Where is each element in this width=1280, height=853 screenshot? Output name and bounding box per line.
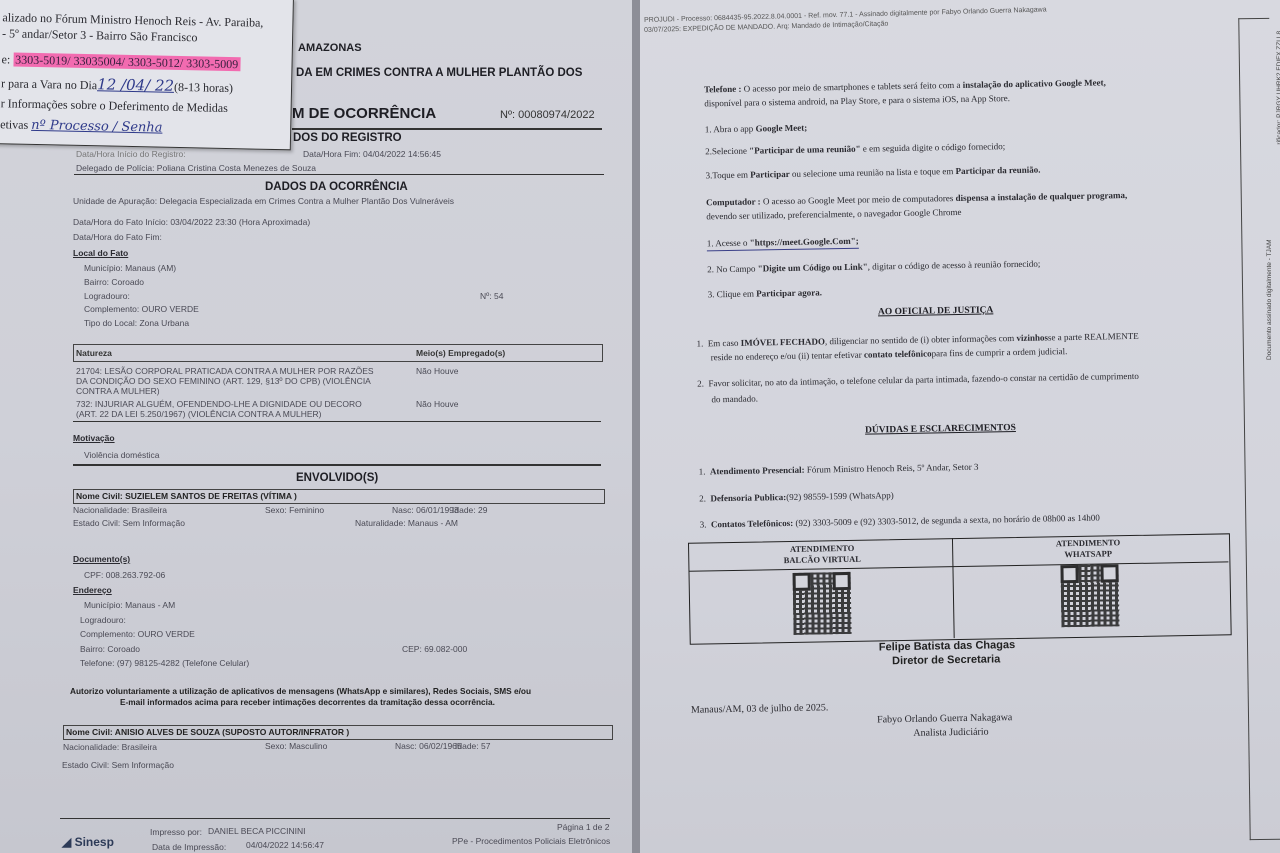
natureza-line: (ART. 22 DA LEI 5.250/1967) (VIOLÊNCIA C… (76, 409, 362, 419)
endereco-logradouro: Logradouro: (80, 615, 126, 625)
header-unit: DA EM CRIMES CONTRA A MULHER PLANTÃO DOS (296, 67, 582, 79)
autor-estado-civil: Estado Civil: Sem Informação (62, 760, 174, 770)
autorizo-line-1: Autorizo voluntariamente a utilização de… (70, 686, 531, 696)
police-report-page: AMAZONAS DA EM CRIMES CONTRA A MULHER PL… (0, 0, 632, 853)
local-complemento: Complemento: OURO VERDE (84, 304, 199, 314)
telefone-step-3: 3.Toque em Participar ou selecione uma r… (705, 165, 1040, 181)
qr-header-balcao: ATENDIMENTO BALCÃO VIRTUAL (772, 543, 872, 567)
vitima-cpf: CPF: 008.263.792-06 (84, 570, 165, 580)
bold-text: contato telefônico (864, 348, 932, 359)
vitima-naturalidade: Naturalidade: Manaus - AM (355, 518, 458, 528)
note-line-5: r Informações sobre o Deferimento de Med… (1, 96, 229, 116)
fato-fim: Data/Hora do Fato Fim: (73, 232, 162, 242)
document-title: M DE OCORRÊNCIA (292, 105, 436, 122)
duvidas-title: DÚVIDAS E ESCLARECIMENTOS (865, 423, 1016, 436)
autor-sexo: Sexo: Masculino (265, 741, 327, 751)
local-fato-title: Local do Fato (73, 248, 128, 258)
note-handwritten-text: nº Processo / Senha (31, 118, 163, 136)
note-phones-label: e: (1, 52, 10, 66)
natureza-header: Natureza (76, 348, 112, 358)
text: Em caso (708, 338, 741, 349)
envolvidos-title: ENVOLVIDO(S) (296, 472, 378, 484)
registro-fim: Data/Hora Fim: 04/04/2022 14:56:45 (303, 149, 441, 159)
qr-header-line: BALCÃO VIRTUAL (772, 554, 872, 567)
endereco-title: Endereço (73, 585, 112, 595)
report-number: Nº: 00080974/2022 (500, 109, 595, 121)
header-state: AMAZONAS (298, 42, 362, 54)
oficial-item-2-line-2: do mandado. (711, 394, 758, 405)
step-bold: "Participar de uma reunião" (749, 144, 861, 156)
endereco-bairro: Bairro: Coroado (80, 644, 140, 654)
divider (292, 128, 602, 130)
autor-nacionalidade: Nacionalidade: Brasileira (63, 742, 157, 752)
qr-header-whatsapp: ATENDIMENTO WHATSAPP (1038, 537, 1138, 561)
computador-paragraph-line-1: Computador : O acesso ao Google Meet por… (706, 190, 1127, 207)
registro-inicio: Data/Hora Início do Registro: (76, 149, 186, 159)
report-number-value: 00080974/2022 (518, 109, 594, 121)
bold-text: Defensoria Publica: (710, 492, 786, 503)
oficial-item-1-line-1: 1. Em caso IMÓVEL FECHADO, diligenciar n… (696, 331, 1138, 349)
sinesp-logo: ◢ Sinesp (62, 835, 114, 849)
sticky-note: alizado no Fórum Ministro Henoch Reis - … (0, 0, 294, 150)
sinesp-logo-icon: ◢ (62, 835, 71, 849)
motivacao-value: Violência doméstica (84, 450, 159, 460)
note-line-6: etivas nº Processo / Senha (0, 117, 163, 135)
bold-text: Atendimento Presencial: (710, 465, 805, 477)
ocorrencia-title: DADOS DA OCORRÊNCIA (265, 181, 408, 193)
endereco-cep: CEP: 69.082-000 (402, 644, 467, 654)
local-numero: Nº: 54 (480, 291, 503, 301)
natureza-header-box (73, 344, 603, 362)
step-prefix: 1. Acesse o (707, 238, 750, 249)
qr-table (688, 533, 1232, 644)
stamp-text-1: Documento assinado digitalmente - TJAM (1266, 239, 1273, 360)
fato-inicio: Data/Hora do Fato Início: 03/04/2022 23:… (73, 217, 310, 227)
endereco-complemento: Complemento: OURO VERDE (80, 629, 195, 639)
text: , diligenciar no sentido de (i) obter in… (825, 333, 1017, 346)
step-bold: Participar agora. (756, 287, 822, 298)
note-line-4-suffix: (8-13 horas) (174, 80, 233, 95)
meio-row-1: Não Houve (416, 366, 459, 376)
local-bairro: Bairro: Coroado (84, 277, 144, 287)
autor-idade: Idade: 57 (455, 741, 490, 751)
meio-header: Meio(s) Empregado(s) (416, 348, 505, 358)
step-bold: Participar (750, 169, 790, 180)
step-prefix: 2. No Campo (707, 264, 758, 275)
footer-system: PPe - Procedimentos Policiais Eletrônico… (452, 836, 610, 846)
step-bold: Participar da reunião. (956, 165, 1041, 176)
natureza-line: DA CONDIÇÃO DO SEXO FEMININO (ART. 129, … (76, 376, 374, 386)
oficial-title: AO OFICIAL DE JUSTIÇA (878, 305, 994, 317)
step-prefix: 2.Selecione (705, 146, 749, 157)
step-prefix: 3.Toque em (705, 170, 750, 181)
text: Fórum Ministro Henoch Reis, 5º Andar, Se… (804, 462, 978, 475)
vitima-sexo: Sexo: Feminino (265, 505, 324, 515)
note-line-6-prefix: etivas (0, 117, 28, 132)
qr-header-line: WHATSAPP (1038, 548, 1138, 561)
footer-divider (60, 818, 610, 819)
step-bold: Google Meet; (755, 123, 807, 134)
note-phones-highlighted: 3303-5019/ 33035004/ 3303-5012/ 3303-500… (13, 53, 240, 72)
page-number: Página 1 de 2 (557, 822, 609, 832)
natureza-line: 21704: LESÃO CORPORAL PRATICADA CONTRA A… (76, 366, 374, 376)
analyst-name: Fabyo Orlando Guerra Nakagawa (877, 712, 1012, 725)
natureza-row-2: 732: INJURIAR ALGUÉM, OFENDENDO-LHE A DI… (76, 399, 362, 419)
step-bold: "Digite um Código ou Link" (758, 262, 868, 274)
bold-text: IMÓVEL FECHADO (741, 336, 825, 347)
telefone-paragraph-line-1: Telefone : O acesso por meio de smartpho… (704, 77, 1106, 94)
vitima-telefone: Telefone: (97) 98125-4282 (Telefone Celu… (80, 658, 249, 668)
delegado: Delegado de Polícia: Poliana Cristina Co… (76, 163, 316, 173)
vitima-nacionalidade: Nacionalidade: Brasileira (73, 505, 167, 515)
computador-step-2: 2. No Campo "Digite um Código ou Link", … (707, 259, 1040, 275)
documentos-title: Documento(s) (73, 554, 130, 564)
oficial-item-1-line-2: reside no endereço e/ou (ii) tentar efet… (711, 346, 1068, 362)
vitima-idade: Idade: 29 (452, 505, 487, 515)
telefone-text: O acesso por meio de smartphones e table… (741, 80, 962, 94)
qr-code-whatsapp[interactable] (1060, 564, 1119, 627)
oficial-item-2-line-1: 2. Favor solicitar, no ato da intimação,… (697, 371, 1139, 389)
local-logradouro: Logradouro: (84, 291, 130, 301)
report-number-label: Nº: (500, 109, 515, 121)
note-phones: e: 3303-5019/ 33035004/ 3303-5012/ 3303-… (1, 52, 240, 72)
place-date: Manaus/AM, 03 de julho de 2025. (691, 702, 829, 715)
note-line-4-prefix: r para a Vara no Dia (1, 76, 97, 92)
meio-row-2: Não Houve (416, 399, 459, 409)
autorizo-line-2: E-mail informados acima para receber int… (120, 697, 495, 707)
sinesp-logo-text: Sinesp (75, 835, 114, 849)
bold-text: vizinhos (1016, 332, 1048, 343)
telefone-paragraph-line-2: disponível para o sistema android, na Pl… (704, 93, 1010, 108)
text: para fins de cumprir a ordem judicial. (932, 346, 1068, 358)
step-suffix: e em seguida digite o código fornecido; (860, 141, 1005, 154)
duvidas-item-3: 3. Contatos Telefônicos: (92) 3303-5009 … (700, 513, 1100, 530)
unidade-apuracao: Unidade de Apuração: Delegacia Especiali… (73, 196, 454, 206)
telefone-label: Telefone : (704, 84, 742, 95)
bold-text: Contatos Telefônicos: (711, 518, 793, 529)
vitima-estado-civil: Estado Civil: Sem Informação (73, 518, 185, 528)
impresso-por: DANIEL BECA PICCININI (208, 826, 305, 836)
analyst-role: Analista Judiciário (913, 727, 988, 739)
divider (73, 421, 601, 422)
local-municipio: Município: Manaus (AM) (84, 263, 176, 273)
computador-text: O acesso ao Google Meet por meio de comp… (761, 193, 956, 206)
natureza-line: 732: INJURIAR ALGUÉM, OFENDENDO-LHE A DI… (76, 399, 362, 409)
meet-url: "https://meet.Google.Com"; (750, 236, 859, 248)
text: reside no endereço e/ou (ii) tentar efet… (711, 350, 864, 363)
step-prefix: 1. Abra o app (705, 124, 756, 135)
note-handwritten-date: 12 /04/ 22 (97, 75, 174, 95)
duvidas-item-1: 1. Atendimento Presencial: Fórum Ministr… (699, 462, 979, 477)
natureza-row-1: 21704: LESÃO CORPORAL PRATICADA CONTRA A… (76, 366, 374, 396)
divider (73, 464, 601, 466)
computador-label: Computador : (706, 196, 761, 207)
data-impressao: 04/04/2022 14:56:47 (246, 840, 324, 850)
telefone-step-1: 1. Abra o app Google Meet; (705, 123, 808, 135)
telefone-step-2: 2.Selecione "Participar de uma reunião" … (705, 141, 1005, 156)
signature-role: Diretor de Secretaria (892, 653, 1000, 667)
motivacao-title: Motivação (73, 433, 115, 443)
step-suffix: ou selecione uma reunião na lista e toqu… (790, 166, 956, 179)
divider (74, 174, 604, 175)
text: (92) 98559-1599 (WhatsApp) (786, 490, 894, 502)
computador-paragraph-line-2: devendo ser utilizado, preferencialmente… (706, 207, 961, 221)
autor-name: Nome Civil: ANISIO ALVES DE SOUZA (SUPOS… (66, 727, 349, 737)
endereco-municipio: Município: Manaus - AM (84, 600, 175, 610)
computador-bold: dispensa a instalação de qualquer progra… (955, 190, 1127, 203)
text: (92) 3303-5009 e (92) 3303-5012, de segu… (793, 513, 1100, 528)
vitima-name: Nome Civil: SUZIELEM SANTOS DE FREITAS (… (76, 491, 297, 501)
step-suffix: , digitar o código de acesso à reunião f… (868, 259, 1041, 272)
note-line-4: r para a Vara no Dia12 /04/ 22(8-13 hora… (1, 73, 233, 96)
text: Favor solicitar, no ato da intimação, o … (708, 371, 1139, 389)
computador-step-1: 1. Acesse o "https://meet.Google.Com"; (707, 236, 859, 252)
local-tipo: Tipo do Local: Zona Urbana (84, 318, 189, 328)
mandate-body: Telefone : O acesso por meio de smartpho… (633, 0, 1280, 853)
telefone-bold: instalação do aplicativo Google Meet, (963, 77, 1106, 89)
text: se a parte REALMENTE (1048, 331, 1139, 343)
vitima-nasc: Nasc: 06/01/1993 (392, 505, 459, 515)
computador-step-3: 3. Clique em Participar agora. (708, 287, 822, 299)
stamp-text-2: ...rificador: PJRGY UHRK2 EDIFX ZZLL8 (1276, 31, 1280, 150)
registro-title: DOS DO REGISTRO (293, 132, 402, 144)
duvidas-item-2: 2. Defensoria Publica:(92) 98559-1599 (W… (699, 490, 894, 503)
impresso-label: Impresso por: (150, 827, 202, 837)
court-mandate-page: PROJUDI - Processo: 0684435-95.2022.8.04… (640, 0, 1280, 853)
signature-name: Felipe Batista das Chagas (879, 639, 1016, 653)
data-impressao-label: Data de Impressão: (152, 842, 226, 852)
autor-nasc: Nasc: 06/02/1965 (395, 741, 462, 751)
qr-code-balcao-virtual[interactable] (793, 572, 852, 635)
natureza-line: CONTRA A MULHER) (76, 386, 374, 396)
note-line-2: - 5º andar/Setor 3 - Bairro São Francisc… (2, 26, 198, 45)
step-prefix: 3. Clique em (708, 289, 757, 300)
